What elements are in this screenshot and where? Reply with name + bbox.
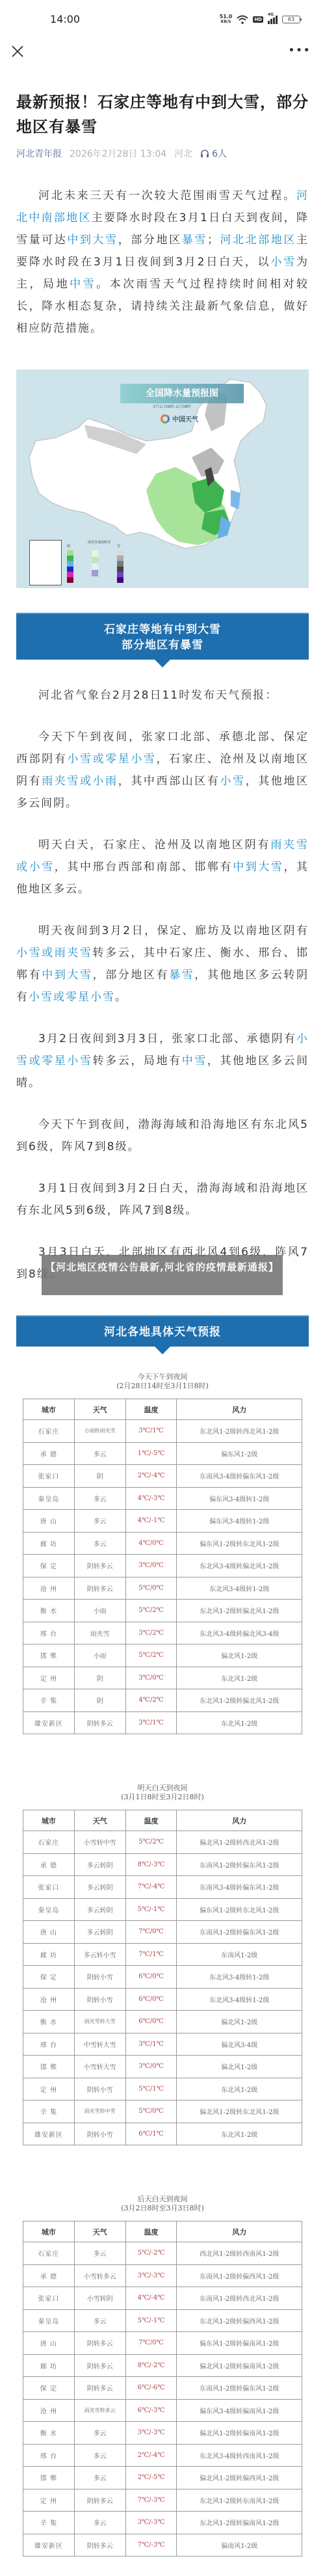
table-row: 秦皇岛多云4℃/-3℃偏东风3-4级转1-2级 xyxy=(23,1487,302,1510)
intro-paragraph: 河北未来三天有一次较大范围雨雪天气过程。河北中南部地区主要降水时段在3月1日白天… xyxy=(16,185,309,340)
wind-cell: 偏东风3-4级转偏南风1-2级 xyxy=(177,2399,302,2422)
column-header: 天气 xyxy=(74,1810,125,1831)
weather-cell: 小雨转雨夹雪 xyxy=(74,1420,125,1443)
promo-overlay-banner[interactable]: 【河北地区疫情公告最新,河北省的疫情最新通报】 xyxy=(42,1255,283,1295)
wind-cell: 东北风1-2级 xyxy=(177,1711,302,1734)
publish-location: 河北 xyxy=(174,147,192,160)
city-cell: 辛 集 xyxy=(23,1689,75,1712)
city-cell: 衡 水 xyxy=(23,2422,75,2445)
city-cell: 秦皇岛 xyxy=(23,1487,75,1510)
map-subtitle: 3月1日08时-2日08时 xyxy=(153,403,191,409)
temperature-cell: 2℃/-4℃ xyxy=(125,2444,177,2467)
city-cell: 唐 山 xyxy=(23,1921,75,1944)
wind-cell: 东北风1-2级 xyxy=(177,1667,302,1689)
forecast-paragraph-4: 3月2日夜间到3月3日，张家口北部、承德阴有小雪或零星小雪转多云，局地有中雪，其… xyxy=(16,1028,309,1094)
headphones-icon xyxy=(200,149,209,158)
city-cell: 邢 台 xyxy=(23,2444,75,2467)
article-title: 最新预报！石家庄等地有中到大雪，部分地区有暴雪 xyxy=(16,90,309,139)
weather-cell: 多云 xyxy=(74,1487,125,1510)
wind-cell: 东北风3-4级转1-2级 xyxy=(177,1966,302,1989)
temperature-cell: 5℃/0℃ xyxy=(125,1577,177,1600)
weather-cell: 阴转多云 xyxy=(74,1555,125,1577)
china-weather-logo: 中国天气 xyxy=(161,414,198,423)
battery-icon: 63 xyxy=(282,16,300,23)
city-cell: 沧 州 xyxy=(23,2399,75,2422)
temperature-cell: 6℃/0℃ xyxy=(125,1966,177,1989)
weather-cell: 雨夹雪转中雪 xyxy=(74,2100,125,2123)
listen-button[interactable]: 6人 xyxy=(200,147,227,160)
city-cell: 石家庄 xyxy=(23,2242,75,2265)
city-cell: 秦皇岛 xyxy=(23,1898,75,1921)
forecast-paragraph-2: 明天白天，石家庄、沧州及以南地区阴有雨夹雪或小雪，其中邢台西部和南部、邯郸有中到… xyxy=(16,834,309,900)
table-row: 定 州阴3℃/0℃东北风1-2级 xyxy=(23,1667,302,1689)
south-china-sea-inset xyxy=(29,540,62,585)
weather-cell: 多云 xyxy=(74,2444,125,2467)
city-cell: 承 德 xyxy=(23,1853,75,1876)
highlight-text: 中雪 xyxy=(182,1054,207,1067)
temperature-cell: 1℃/-5℃ xyxy=(125,1442,177,1465)
wind-cell: 偏北风1-2级转偏南风1-2级 xyxy=(177,2422,302,2445)
city-cell: 雄安新区 xyxy=(23,1711,75,1734)
wind-cell: 偏北风1-2级 xyxy=(177,1644,302,1667)
table-row: 张家口小雪转阴4℃/-4℃东南风1-2级转西北风1-2级 xyxy=(23,2287,302,2310)
city-cell: 邯 郸 xyxy=(23,2056,75,2078)
column-header: 城市 xyxy=(23,2221,75,2242)
highlight-text: 小雪 xyxy=(270,256,296,269)
weather-cell: 阴转多云 xyxy=(74,2332,125,2355)
weather-cell: 阴转小雪 xyxy=(74,1966,125,1989)
wind-cell: 偏东风3-4级转1-2级 xyxy=(177,1487,302,1510)
table-row: 唐 山多云4℃/-1℃偏东风3-4级转1-2级 xyxy=(23,1510,302,1533)
city-cell: 石家庄 xyxy=(23,1831,75,1854)
temperature-cell: 3℃/0℃ xyxy=(125,2056,177,2078)
temperature-cell: 3℃/1℃ xyxy=(125,1420,177,1443)
table-row: 定 州阴转多云7℃/-3℃东北风1-2级转东南风1-2级 xyxy=(23,2489,302,2512)
table-row: 沧 州阴转多云5℃/0℃东北风3-4级转1-2级 xyxy=(23,1577,302,1600)
city-cell: 沧 州 xyxy=(23,1577,75,1600)
table-caption: 明天白天到夜间(3月1日8时至3月2日8时) xyxy=(16,1784,309,1802)
temperature-cell: 2℃/-4℃ xyxy=(125,1465,177,1488)
city-cell: 邯 郸 xyxy=(23,1644,75,1667)
table-row: 沧 州阴转小雪6℃/0℃东北风3-4级转1-2级 xyxy=(23,1988,302,2011)
table-row: 石家庄小雨转雨夹雪3℃/1℃东北风1-2级转西北风1-2级 xyxy=(23,1420,302,1443)
temperature-cell: 5℃/-1℃ xyxy=(125,1898,177,1921)
weather-cell: 小雪转中雪 xyxy=(74,1831,125,1854)
city-cell: 邯 郸 xyxy=(23,2467,75,2489)
column-header: 温度 xyxy=(125,2221,177,2242)
temperature-cell: 6℃/1℃ xyxy=(125,2123,177,2145)
weather-cell: 阴 xyxy=(74,1689,125,1712)
table-row: 秦皇岛多云5℃/-1℃东北风1-2级转偏西风1-2级 xyxy=(23,2309,302,2332)
temperature-cell: 5℃/0℃ xyxy=(125,2100,177,2123)
highlight-text: 中到大雪 xyxy=(67,234,118,247)
map-title: 全国降水量预报图 xyxy=(120,384,244,403)
wind-cell: 东北风3-4级转西南风1-2级 xyxy=(177,2444,302,2467)
temperature-cell: 8℃/-2℃ xyxy=(125,2354,177,2377)
weather-cell: 阴转小雪 xyxy=(74,2123,125,2145)
highlight-text: 中雪 xyxy=(70,278,96,291)
city-cell: 沧 州 xyxy=(23,1988,75,2011)
wind-cell: 东南风1-2级转偏东风1-2级 xyxy=(177,2377,302,2400)
wind-cell: 偏北风1-2级 xyxy=(177,2056,302,2078)
wind-cell: 东南风3-4级转偏东风1-2级 xyxy=(177,1876,302,1899)
weather-cell: 阴 xyxy=(74,1667,125,1689)
temperature-cell: 3℃/2℃ xyxy=(125,1622,177,1644)
wind-paragraph-2: 3月1日夜间到3月2日白天，渤海海域和沿海地区有东北风5到6级，阵风7到8级。 xyxy=(16,1177,309,1222)
temperature-cell: 7℃/1℃ xyxy=(125,1943,177,1966)
city-cell: 辛 集 xyxy=(23,2512,75,2534)
weather-cell: 多云 xyxy=(74,2242,125,2265)
temperature-cell: 7℃/0℃ xyxy=(125,1921,177,1944)
table-caption: 后天白天到夜间(3月2日8时至3月3日8时) xyxy=(16,2195,309,2213)
logo-icon xyxy=(161,414,170,423)
wind-cell: 东北风1-2级 xyxy=(177,2123,302,2145)
temperature-cell: 3℃/0℃ xyxy=(125,1555,177,1577)
table-row: 张家口多云转阴7℃/-4℃东南风3-4级转偏东风1-2级 xyxy=(23,1876,302,1899)
table-row: 保 定阴转小雪6℃/0℃东北风3-4级转1-2级 xyxy=(23,1966,302,1989)
highlight-text: 暴雪 xyxy=(182,234,207,247)
highlight-text: 雨夹雪或小雨 xyxy=(42,775,118,788)
wind-cell: 东北风1-2级转偏南风1-2级 xyxy=(177,2512,302,2534)
table-row: 唐 山多云转阴7℃/0℃东南风1-2级转偏东风1-2级 xyxy=(23,1921,302,1944)
wind-cell: 偏东风1-2级转偏南风1-2级 xyxy=(177,2332,302,2355)
close-icon[interactable] xyxy=(10,44,25,59)
forecast-header: 河北省气象台2月28日11时发布天气预报： xyxy=(16,684,309,706)
city-cell: 秦皇岛 xyxy=(23,2309,75,2332)
temperature-cell: 5℃/-2℃ xyxy=(125,2242,177,2265)
forecast-paragraph-1: 今天下午到夜间，张家口北部、承德北部、保定西部阴有小雪或零星小雪，石家庄、沧州及… xyxy=(16,726,309,814)
table-row: 雄安新区阴转小雪6℃/1℃东北风1-2级 xyxy=(23,2123,302,2145)
city-cell: 邢 台 xyxy=(23,2033,75,2056)
highlight-text: 中到大雪 xyxy=(42,969,92,982)
weather-cell: 阴 xyxy=(74,1465,125,1488)
wind-cell: 偏北风3-4级 xyxy=(177,2033,302,2056)
weather-cell: 雨夹雪 xyxy=(74,1622,125,1644)
weather-cell: 多云 xyxy=(74,2309,125,2332)
weather-cell: 多云转阴 xyxy=(74,1876,125,1899)
weather-cell: 中雪转大雪 xyxy=(74,2033,125,2056)
highlight-text: 小雪或雨夹雪 xyxy=(16,946,93,959)
temperature-cell: 7℃/0℃ xyxy=(125,2332,177,2355)
weather-cell: 阴转小雪 xyxy=(74,1988,125,2011)
highlight-text: 小雪或零星小雪 xyxy=(29,991,115,1004)
temperature-cell: 6℃/0℃ xyxy=(125,2011,177,2033)
temperature-cell: 6℃/-3℃ xyxy=(125,2399,177,2422)
temperature-cell: 7℃/-4℃ xyxy=(125,1876,177,1899)
forecast-paragraph-3: 明天夜间到3月2日，保定、廊坊及以南地区阴有小雪或雨夹雪转多云，其中石家庄、衡水… xyxy=(16,920,309,1008)
temperature-cell: 6℃/-6℃ xyxy=(125,2377,177,2400)
map-image: 全国降水量预报图 3月1日08时-2日08时 中国天气 雨 雨夹雪或雨转雪 雪 xyxy=(16,369,309,588)
temperature-cell: 5℃/2℃ xyxy=(125,1644,177,1667)
weather-cell: 阴转多云 xyxy=(74,2354,125,2377)
temperature-cell: 6℃/0℃ xyxy=(125,1988,177,2011)
weather-cell: 多云 xyxy=(74,2512,125,2534)
forecast-table-1: 今天下午到夜间(2月28日14时至3月1日8时)城市天气温度风力石家庄小雨转雨夹… xyxy=(16,1373,309,1734)
temperature-cell: 8℃/-3℃ xyxy=(125,1853,177,1876)
wifi-icon xyxy=(237,15,248,24)
wind-cell: 东南风1-2级转西北风1-2级 xyxy=(177,2287,302,2310)
headline-banner: 石家庄等地有中到大雪 部分地区有暴雪 xyxy=(16,613,309,660)
city-cell: 张家口 xyxy=(23,2287,75,2310)
table-row: 邯 郸小雪转大雪3℃/0℃偏北风1-2级 xyxy=(23,2056,302,2078)
city-cell: 廊 坊 xyxy=(23,1532,75,1555)
table-row: 石家庄多云5℃/-2℃西北风1-2级转西南风1-2级 xyxy=(23,2242,302,2265)
table-row: 承 德多云1℃/-5℃偏东风1-2级 xyxy=(23,1442,302,1465)
temperature-cell: 5℃/2℃ xyxy=(125,1831,177,1854)
map-legend: 雨 雨夹雪或雨转雪 雪 xyxy=(29,540,205,585)
temperature-cell: 3℃/-3℃ xyxy=(125,2512,177,2534)
weather-cell: 多云 xyxy=(74,1532,125,1555)
city-cell: 张家口 xyxy=(23,1465,75,1488)
weather-cell: 阴转多云 xyxy=(74,2534,125,2556)
city-cell: 定 州 xyxy=(23,1667,75,1689)
weather-cell: 雨夹雪转多云 xyxy=(74,2399,125,2422)
wind-cell: 东南风3-4级转偏东风1-2级 xyxy=(177,1465,302,1488)
net-speed: 51.0 KB/S xyxy=(220,14,233,25)
table-row: 邯 郸多云2℃/-5℃偏北风1-2级转偏西风1-2级 xyxy=(23,2467,302,2489)
weather-cell: 多云 xyxy=(74,2467,125,2489)
table-header-row: 城市天气温度风力 xyxy=(23,2221,302,2242)
temperature-cell: 7℃/-3℃ xyxy=(125,2534,177,2556)
temperature-cell: 4℃/-1℃ xyxy=(125,1510,177,1533)
article: 最新预报！石家庄等地有中到大雪，部分地区有暴雪 河北青年报 2026年2月28日… xyxy=(0,90,325,2576)
column-header: 温度 xyxy=(125,1810,177,1831)
temperature-cell: 4℃/-4℃ xyxy=(125,2287,177,2310)
table-row: 秦皇岛多云转阴5℃/-1℃偏东风1-2级转东北风1-2级 xyxy=(23,1898,302,1921)
wind-cell: 偏北风1-2级转东北风1-2级 xyxy=(177,2100,302,2123)
city-cell: 定 州 xyxy=(23,2078,75,2100)
weather-cell: 多云转小雪 xyxy=(74,1943,125,1966)
city-cell: 雄安新区 xyxy=(23,2534,75,2556)
wind-cell: 东南风1-2级转偏西风1-2级 xyxy=(177,2264,302,2287)
wind-cell: 偏北风1-2级转偏南风1-2级 xyxy=(177,2354,302,2377)
wind-cell: 东北风1-2级转偏北风1-2级 xyxy=(177,1689,302,1712)
table-row: 唐 山阴转多云7℃/0℃偏东风1-2级转偏南风1-2级 xyxy=(23,2332,302,2355)
city-cell: 雄安新区 xyxy=(23,2123,75,2145)
wind-cell: 偏南风1-2级 xyxy=(177,2534,302,2556)
article-meta: 河北青年报 2026年2月28日 13:04 河北 6人 xyxy=(16,147,309,160)
city-cell: 廊 坊 xyxy=(23,1943,75,1966)
city-cell: 廊 坊 xyxy=(23,2354,75,2377)
publish-date: 2026年2月28日 13:04 xyxy=(70,147,166,160)
highlight-text: 河北北部地区 xyxy=(220,234,296,247)
weather-cell: 阴转小雪 xyxy=(74,2078,125,2100)
wind-cell: 偏东风1-2级转东北风1-2级 xyxy=(177,1898,302,1921)
weather-cell: 小雪转多云 xyxy=(74,2264,125,2287)
city-cell: 张家口 xyxy=(23,1876,75,1899)
temperature-cell: 3℃/-3℃ xyxy=(125,2264,177,2287)
weather-cell: 小雨 xyxy=(74,1644,125,1667)
more-icon[interactable]: ••• xyxy=(288,48,311,53)
wind-cell: 东北风1-2级转偏北风1-2级 xyxy=(177,1600,302,1622)
temperature-cell: 7℃/-3℃ xyxy=(125,2489,177,2512)
wind-cell: 偏东风1-2级转东北风1-2级 xyxy=(177,1532,302,1555)
table-caption: 今天下午到夜间(2月28日14时至3月1日8时) xyxy=(16,1373,309,1391)
nav-bar: ••• xyxy=(0,40,325,66)
city-cell: 石家庄 xyxy=(23,1420,75,1443)
column-header: 天气 xyxy=(74,1399,125,1420)
temperature-cell: 4℃/2℃ xyxy=(125,1689,177,1712)
city-cell: 保 定 xyxy=(23,2377,75,2400)
highlight-text: 小雪 xyxy=(220,775,245,788)
table-row: 邯 郸小雨5℃/2℃偏北风1-2级 xyxy=(23,1644,302,1667)
temperature-cell: 3℃/-3℃ xyxy=(125,2422,177,2445)
wind-cell: 东南风1-2级 xyxy=(177,1943,302,1966)
wind-cell: 东南风1-2级转偏东风1-2级 xyxy=(177,1921,302,1944)
city-cell: 邢 台 xyxy=(23,1622,75,1644)
column-header: 风力 xyxy=(177,2221,302,2242)
table-row: 雄安新区阴转多云7℃/-3℃偏南风1-2级 xyxy=(23,2534,302,2556)
wind-cell: 东北风1-2级转偏西风1-2级 xyxy=(177,2309,302,2332)
city-forecast-banner: 河北各地具体天气预报 xyxy=(16,1315,309,1347)
city-cell: 唐 山 xyxy=(23,2332,75,2355)
column-header: 风力 xyxy=(177,1399,302,1420)
table-row: 廊 坊阴转多云8℃/-2℃偏北风1-2级转偏南风1-2级 xyxy=(23,2354,302,2377)
table-row: 辛 集多云3℃/-3℃东北风1-2级转偏南风1-2级 xyxy=(23,2512,302,2534)
weather-table: 城市天气温度风力石家庄小雪转中雪5℃/2℃偏北风1-2级转西北风1-2级承 德多… xyxy=(23,1810,302,2145)
table-row: 廊 坊多云4℃/0℃偏东风1-2级转东北风1-2级 xyxy=(23,1532,302,1555)
wind-cell: 偏北风1-2级 xyxy=(177,2011,302,2033)
table-row: 石家庄小雪转中雪5℃/2℃偏北风1-2级转西北风1-2级 xyxy=(23,1831,302,1854)
temperature-cell: 3℃/1℃ xyxy=(125,2033,177,2056)
weather-cell: 阴转多云 xyxy=(74,2489,125,2512)
forecast-table-3: 后天白天到夜间(3月2日8时至3月3日8时)城市天气温度风力石家庄多云5℃/-2… xyxy=(16,2195,309,2556)
temperature-cell: 2℃/-5℃ xyxy=(125,2467,177,2489)
weather-cell: 小雨 xyxy=(74,1600,125,1622)
wind-cell: 东北风3-4级转偏北风1-2级 xyxy=(177,1555,302,1577)
wind-cell: 偏北风1-2级转西北风1-2级 xyxy=(177,1831,302,1854)
table-row: 衡 水雨夹雪转大雪6℃/0℃偏北风1-2级 xyxy=(23,2011,302,2033)
table-row: 廊 坊多云转小雪7℃/1℃东南风1-2级 xyxy=(23,1943,302,1966)
hd-icon: HD xyxy=(253,16,263,23)
city-cell: 衡 水 xyxy=(23,1600,75,1622)
table-row: 承 德多云转阴8℃/-3℃东南风1-2级转偏东风1-2级 xyxy=(23,1853,302,1876)
table-row: 邢 台多云2℃/-4℃东北风3-4级转西南风1-2级 xyxy=(23,2444,302,2467)
weather-cell: 多云转阴 xyxy=(74,1853,125,1876)
wind-cell: 偏东风1-2级 xyxy=(177,1442,302,1465)
table-row: 承 德小雪转多云3℃/-3℃东南风1-2级转偏西风1-2级 xyxy=(23,2264,302,2287)
table-row: 雄安新区阴转多云3℃/1℃东北风1-2级 xyxy=(23,1711,302,1734)
temperature-cell: 5℃/-1℃ xyxy=(125,2309,177,2332)
status-bar: 14:00 51.0 KB/S HD 4G 63 xyxy=(0,0,325,40)
wind-cell: 东南风1-2级转偏东风1-2级 xyxy=(177,1853,302,1876)
table-header-row: 城市天气温度风力 xyxy=(23,1810,302,1831)
author-link[interactable]: 河北青年报 xyxy=(16,147,62,160)
precipitation-map: 全国降水量预报图 3月1日08时-2日08时 中国天气 雨 雨夹雪或雨转雪 雪 xyxy=(16,369,309,588)
temperature-cell: 3℃/0℃ xyxy=(125,1667,177,1689)
weather-cell: 阴转多云 xyxy=(74,1711,125,1734)
wind-cell: 偏北风1-2级转偏西风1-2级 xyxy=(177,2467,302,2489)
temperature-cell: 4℃/-3℃ xyxy=(125,1487,177,1510)
city-cell: 承 德 xyxy=(23,1442,75,1465)
weather-cell: 多云转阴 xyxy=(74,1898,125,1921)
signal-icon: 4G xyxy=(268,16,278,24)
city-cell: 衡 水 xyxy=(23,2011,75,2033)
column-header: 天气 xyxy=(74,2221,125,2242)
column-header: 风力 xyxy=(177,1810,302,1831)
weather-cell: 多云 xyxy=(74,2422,125,2445)
table-row: 保 定阴转多云6℃/-6℃东南风1-2级转偏东风1-2级 xyxy=(23,2377,302,2400)
table-row: 邢 台雨夹雪3℃/2℃东北风3-4级转偏北风3-4级 xyxy=(23,1622,302,1644)
table-header-row: 城市天气温度风力 xyxy=(23,1399,302,1420)
column-header: 温度 xyxy=(125,1399,177,1420)
wind-cell: 西北风1-2级转西南风1-2级 xyxy=(177,2242,302,2265)
wind-cell: 东北风3-4级转1-2级 xyxy=(177,1577,302,1600)
table-row: 定 州阴转小雪5℃/1℃东北风1-2级 xyxy=(23,2078,302,2100)
weather-table: 城市天气温度风力石家庄小雨转雨夹雪3℃/1℃东北风1-2级转西北风1-2级承 德… xyxy=(23,1399,302,1734)
highlight-text: 暴雪 xyxy=(169,969,194,982)
temperature-cell: 5℃/1℃ xyxy=(125,2078,177,2100)
wind-paragraph-1: 今天下午到夜间，渤海海域和沿海地区有东北风5到6级，阵风7到8级。 xyxy=(16,1114,309,1158)
city-cell: 承 德 xyxy=(23,2264,75,2287)
city-cell: 保 定 xyxy=(23,1966,75,1989)
wind-cell: 东北风1-2级转东南风1-2级 xyxy=(177,2489,302,2512)
wind-cell: 偏东风3-4级转1-2级 xyxy=(177,1510,302,1533)
temperature-cell: 3℃/1℃ xyxy=(125,1711,177,1734)
city-cell: 保 定 xyxy=(23,1555,75,1577)
city-cell: 唐 山 xyxy=(23,1510,75,1533)
column-header: 城市 xyxy=(23,1399,75,1420)
table-row: 张家口阴2℃/-4℃东南风3-4级转偏东风1-2级 xyxy=(23,1465,302,1488)
column-header: 城市 xyxy=(23,1810,75,1831)
weather-cell: 阴转多云 xyxy=(74,2377,125,2400)
weather-cell: 小雪转大雪 xyxy=(74,2056,125,2078)
wind-cell: 东北风3-4级转偏北风3-4级 xyxy=(177,1622,302,1644)
weather-cell: 多云 xyxy=(74,1442,125,1465)
weather-cell: 雨夹雪转大雪 xyxy=(74,2011,125,2033)
weather-cell: 多云 xyxy=(74,1510,125,1533)
temperature-cell: 5℃/2℃ xyxy=(125,1600,177,1622)
table-row: 沧 州雨夹雪转多云6℃/-3℃偏东风3-4级转偏南风1-2级 xyxy=(23,2399,302,2422)
wind-cell: 东北风1-2级 xyxy=(177,2078,302,2100)
forecast-table-2: 明天白天到夜间(3月1日8时至3月2日8时)城市天气温度风力石家庄小雪转中雪5℃… xyxy=(16,1784,309,2145)
status-icons: 51.0 KB/S HD 4G 63 xyxy=(220,14,300,25)
weather-cell: 小雪转阴 xyxy=(74,2287,125,2310)
city-cell: 辛 集 xyxy=(23,2100,75,2123)
wind-cell: 东北风3-4级转1-2级 xyxy=(177,1988,302,2011)
table-row: 保 定阴转多云3℃/0℃东北风3-4级转偏北风1-2级 xyxy=(23,1555,302,1577)
table-row: 辛 集雨夹雪转中雪5℃/0℃偏北风1-2级转东北风1-2级 xyxy=(23,2100,302,2123)
wind-cell: 东北风1-2级转西北风1-2级 xyxy=(177,1420,302,1443)
table-row: 邢 台中雪转大雪3℃/1℃偏北风3-4级 xyxy=(23,2033,302,2056)
table-row: 衡 水小雨5℃/2℃东北风1-2级转偏北风1-2级 xyxy=(23,1600,302,1622)
weather-cell: 多云转阴 xyxy=(74,1921,125,1944)
city-cell: 定 州 xyxy=(23,2489,75,2512)
weather-table: 城市天气温度风力石家庄多云5℃/-2℃西北风1-2级转西南风1-2级承 德小雪转… xyxy=(23,2221,302,2556)
status-time: 14:00 xyxy=(50,13,80,25)
table-row: 衡 水多云3℃/-3℃偏北风1-2级转偏南风1-2级 xyxy=(23,2422,302,2445)
temperature-cell: 4℃/0℃ xyxy=(125,1532,177,1555)
weather-cell: 阴转多云 xyxy=(74,1577,125,1600)
highlight-text: 小雪或零星小雪 xyxy=(67,753,156,766)
table-row: 辛 集阴4℃/2℃东北风1-2级转偏北风1-2级 xyxy=(23,1689,302,1712)
highlight-text: 中到大雪 xyxy=(233,861,283,874)
